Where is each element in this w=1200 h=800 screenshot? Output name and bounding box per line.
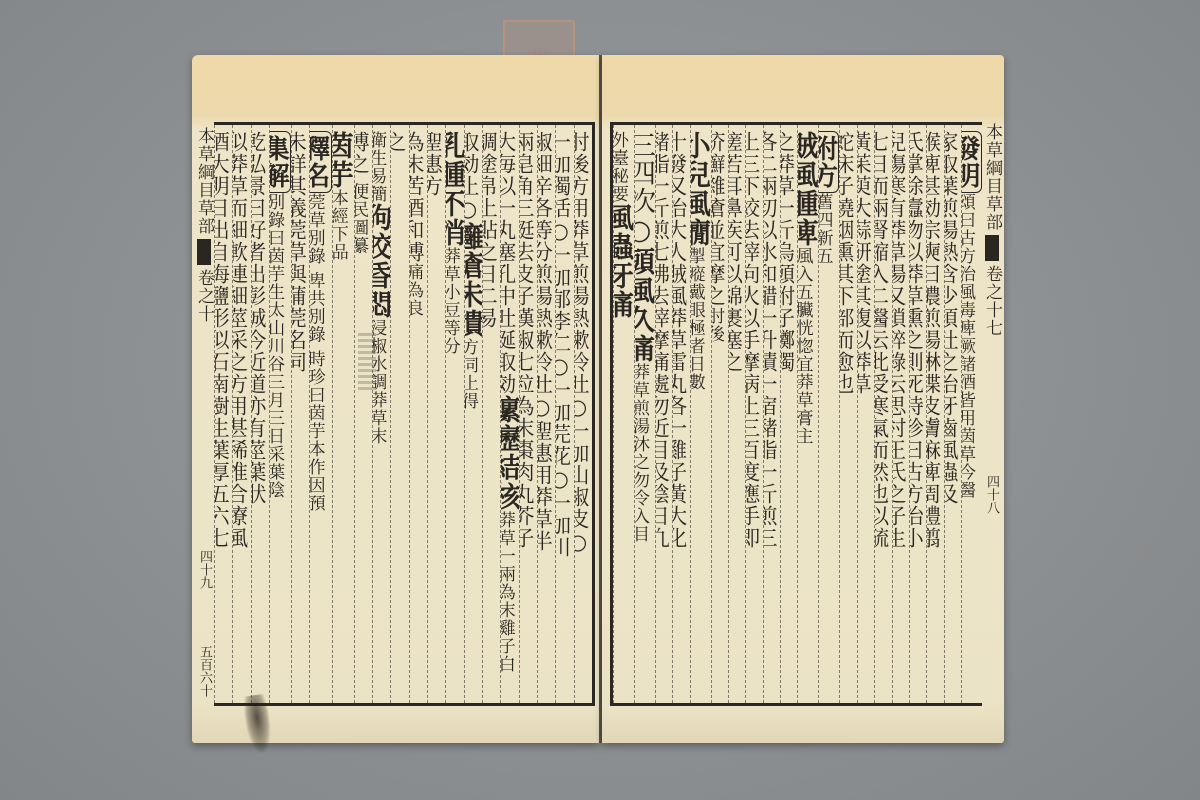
section-label-boxed: 集解 <box>269 131 291 193</box>
fish-tail-mark-icon <box>985 235 999 261</box>
column-text: 七日而兩腎縮入二醫云此受寒氣而然也以硫 <box>874 131 889 549</box>
annotation-text: 別錄曰茵芋生太山川谷三月三日采葉陰 <box>269 193 284 499</box>
text-column: 乾弘景曰好者出彭城今近道亦有莖葉狀 <box>251 125 269 703</box>
text-columns-left: 肘後方用莽草煎湯熱漱冷吐○一加山椒皮○ 一加獨活○一加郁李仁○一加芫花○一加川 … <box>214 125 592 703</box>
column-text: 聖惠方 <box>427 131 443 197</box>
section-label-boxed: 附方 <box>818 131 839 193</box>
source-citation: 便民圖纂 <box>354 183 368 255</box>
text-column: 各二兩切以水和醋一升漬一宿豬脂一斤煎三 <box>763 125 780 703</box>
annotation-text: 莽草一兩為末雞子白 <box>500 511 514 673</box>
recipe-heading: 狗咬昏悶 <box>372 203 390 319</box>
source-citation: 外臺秘要 <box>613 131 628 203</box>
column-text: 兒傷寒有莽草湯又瑣碎錄云思村王氏之子生 <box>892 131 907 549</box>
column-text: 各二兩切以水和醋一升漬一宿豬脂一斤煎三 <box>763 131 778 549</box>
column-text: 似莽草而細軟連細莖采之方用甚稀惟合療風 <box>232 131 248 549</box>
left-page: 本草綱目草部卷之十 四十九 五百六十 肘後方用莽草煎湯熱漱冷吐○一加山椒皮○ 一… <box>192 55 599 743</box>
text-column: 蛇床子燒烟熏其下部而愈也 <box>839 125 856 703</box>
recipe-heading: 瘰癧結核 <box>500 395 518 511</box>
column-text: 為末苦酒和傅 <box>409 131 425 263</box>
column-text: 衛生易簡 <box>372 131 386 203</box>
recipe-heading: 頭風久痛 <box>634 247 655 363</box>
column-text: 黃茱萸大蒜研塗其腹以莽草 <box>857 131 872 395</box>
column-text: 家取葉煎湯熱含少頃吐之治牙齒風蟲及 <box>944 131 959 505</box>
text-column: 椒細辛各等分煎湯熱漱冷吐○聖惠用莽草半 <box>537 125 555 703</box>
text-column: 十發又治大人賊風莽草雷丸各一雞子黃大化 <box>672 125 689 703</box>
column-text: 肘後方用莽草煎湯熱漱冷吐○一加山椒皮○ <box>574 131 590 555</box>
edge-title-text: 本草綱目草部 <box>194 127 214 235</box>
right-page: 本草綱目草部卷之十七 四十八 發明頌曰古方治風毒痺厥諸酒皆用茵草今醫 家取葉煎湯… <box>602 55 1004 743</box>
text-column: 之莽草一斤烏頭附子躑躅 <box>780 125 797 703</box>
text-column: 黃茱萸大蒜研塗其腹以莽草 <box>857 125 874 703</box>
text-column: 疥癬雜瘡並宜摩之肘後 <box>711 125 728 703</box>
folio-number: 四十八 <box>982 475 1001 514</box>
text-column: 氏掌除蠧物以莽草熏之則死時珍曰古方治小 <box>909 125 926 703</box>
edge-volume-text: 卷之十七 <box>982 265 1002 337</box>
column-text: 瘥若耳鼻疾可以綿裹塞之 <box>728 131 743 373</box>
recipe-heading: 癰瘡未潰 <box>464 222 482 338</box>
text-column: 一加獨活○一加郁李仁○一加芫花○一加川 <box>555 125 573 703</box>
column-text: 兩皂角三梃去皮子漢椒七粒為末棗肉丸芥子 <box>519 131 535 549</box>
column-text: 蛇床子燒烟熏其下部而愈也 <box>839 131 854 395</box>
text-column: 家取葉煎湯熱含少頃吐之治牙齒風蟲及 <box>944 125 961 703</box>
column-text: 三四次○ <box>634 131 655 247</box>
text-column: 外臺秘要風蟲牙痛 <box>613 125 634 703</box>
recipe-heading: 風蟲牙痛 <box>613 203 634 319</box>
text-column: 上三下絞去滓向火以手摩病上三百度應手即 <box>745 125 762 703</box>
annotation-text: 舊四新五 <box>818 193 832 265</box>
text-column: 小兒風癇掣瘲戴眼極者日數 <box>690 125 711 703</box>
text-column: 肘後方用莽草煎湯熱漱冷吐○一加山椒皮○ <box>574 125 592 703</box>
annotation-text: 莞草別錄 卑共別錄 時珍曰茵芋本作因預 <box>309 193 324 512</box>
section-label-boxed: 釋名 <box>309 131 331 193</box>
ink-bleed-mark <box>358 333 376 393</box>
column-text: 疥癬雜瘡並宜摩之 <box>711 131 726 307</box>
text-column: 附方舊四新五 <box>818 125 839 703</box>
ink-smudge <box>242 694 274 755</box>
print-frame-right: 發明頌曰古方治風毒痺厥諸酒皆用茵草今醫 家取葉煎湯熱含少頃吐之治牙齒風蟲及 喉痺… <box>610 122 982 706</box>
folio-number-lower: 五百六十 <box>195 645 214 697</box>
text-column: 喉痺甚効宗奭曰濃煎湯淋渫皮膚麻痺周禮翦 <box>926 125 943 703</box>
column-text: 十發又治大人賊風莽草雷丸各一雞子黃大化 <box>672 131 687 549</box>
column-text: 之莽草一斤烏頭附子躑躅 <box>780 131 795 373</box>
annotation-text: 掣瘲戴眼極者日數 <box>690 247 705 391</box>
fish-tail-mark-icon <box>197 239 211 265</box>
text-column: 之 <box>390 125 408 703</box>
print-frame-left: 肘後方用莽草煎湯熱漱冷吐○一加山椒皮○ 一加獨活○一加郁李仁○一加芫花○一加川 … <box>214 122 595 706</box>
annotation-text: 莽草煎湯沐之勿令入目 <box>634 363 649 543</box>
annotation-text: 方同上得 <box>464 338 478 410</box>
annotation-text: 風入五臟恍惚宜莽草膏主 <box>797 247 812 445</box>
text-column: 為末苦酒和傅痛為良 <box>409 125 427 703</box>
entry-title: 茵芋 <box>332 131 354 189</box>
recipe-heading: 小兒風癇 <box>690 131 711 247</box>
left-page-edge-title: 本草綱目草部卷之十 <box>194 127 214 323</box>
column-text: 椒細辛各等分煎湯熱漱冷吐○聖惠用莽草半 <box>537 131 553 552</box>
text-column: 七日而兩腎縮入二醫云此受寒氣而然也以硫 <box>874 125 891 703</box>
column-text: 酒大明日出自海鹽形似石南樹生葉厚五六七 <box>214 131 230 549</box>
annotation-text: 莽草小豆等分 <box>445 247 459 355</box>
column-text: 氏掌除蠧物以莽草熏之則死時珍曰古方治小 <box>909 131 924 549</box>
text-column: 似莽草而細軟連細莖采之方用甚稀惟合療風 <box>232 125 250 703</box>
text-column: 發明頌曰古方治風毒痺厥諸酒皆用茵草今醫 <box>961 125 982 703</box>
text-column: 兒傷寒有莽草湯又瑣碎錄云思村王氏之子生 <box>892 125 909 703</box>
text-column: 傅之 便民圖纂 <box>354 125 372 703</box>
text-column: 酒大明日出自海鹽形似石南樹生葉厚五六七 <box>214 125 232 703</box>
text-column: 調塗帛上貼之日二易 <box>482 125 500 703</box>
entry-classification: 本經下品 <box>332 189 348 261</box>
folio-number: 四十九 <box>195 550 214 589</box>
text-column: 釋名莞草別錄 卑共別錄 時珍曰茵芋本作因預 <box>309 125 331 703</box>
column-text: 之 <box>390 131 406 153</box>
column-text: 喉痺甚効宗奭曰濃煎湯淋渫皮膚麻痺周禮翦 <box>926 131 941 549</box>
column-text: 上三下絞去滓向火以手摩病上三百度應手即 <box>745 131 760 549</box>
text-columns-right: 發明頌曰古方治風毒痺厥諸酒皆用茵草今醫 家取葉煎湯熱含少頃吐之治牙齒風蟲及 喉痺… <box>613 125 982 703</box>
section-label-boxed: 發明 <box>961 131 982 193</box>
edge-title-text: 本草綱目草部 <box>982 123 1002 231</box>
text-column: 取効止○癰瘡未潰方同上得 <box>464 125 482 703</box>
text-column: 乳腫不消莽草小豆等分 <box>445 125 463 703</box>
column-text: 未詳其義莞草與蒲莞名同 <box>291 131 307 373</box>
annotation-text: 頌曰古方治風毒痺厥諸酒皆用茵草今醫 <box>961 193 975 499</box>
text-column: 大毎以一丸塞孔中吐涎取効瘰癧結核莽草一兩為末雞子白 <box>500 125 518 703</box>
text-column: 兩皂角三梃去皮子漢椒七粒為末棗肉丸芥子 <box>519 125 537 703</box>
text-column: 聖惠方 <box>427 125 445 703</box>
edge-volume-text: 卷之十 <box>194 269 214 323</box>
text-column: 未詳其義莞草與蒲莞名同 <box>291 125 309 703</box>
text-column: 豬脂一斤煎七沸去滓摩痛處勿近目及陰日凢 <box>655 125 672 703</box>
text-column: 三四次○頭風久痛莽草煎湯沐之勿令入目 <box>634 125 655 703</box>
column-text: 取効止○ <box>464 131 480 222</box>
recipe-heading: 乳腫不消 <box>445 131 463 247</box>
column-text: 調塗帛上貼之日二易 <box>482 131 498 329</box>
column-text: 大毎以一丸塞孔中吐涎取効 <box>500 131 516 395</box>
column-text: 乾弘景曰好者出彭城今近道亦有莖葉狀 <box>251 131 267 505</box>
right-page-edge-title: 本草綱目草部卷之十七 <box>982 123 1002 337</box>
source-citation: 肘後 <box>711 307 724 343</box>
recipe-heading: 賊風腫痺 <box>797 131 818 247</box>
text-column: 瘥若耳鼻疾可以綿裹塞之 <box>728 125 745 703</box>
text-column: 衛生易簡狗咬昏悶浸椒水調莽草末 <box>372 125 390 703</box>
column-text: 豬脂一斤煎七沸去滓摩痛處勿近目及陰日凢 <box>655 131 670 549</box>
annotation-text: 痛為良 <box>409 263 423 317</box>
column-text: 一加獨活○一加郁李仁○一加芫花○一加川 <box>555 131 571 558</box>
entry-title-column: 茵芋本經下品 <box>332 125 354 703</box>
column-text: 傅之 <box>354 131 370 175</box>
book-spread: 本草綱目草部卷之十 四十九 五百六十 肘後方用莽草煎湯熱漱冷吐○一加山椒皮○ 一… <box>192 55 1004 743</box>
text-column: 賊風腫痺風入五臟恍惚宜莽草膏主 <box>797 125 818 703</box>
text-column: 集解別錄曰茵芋生太山川谷三月三日采葉陰 <box>269 125 291 703</box>
